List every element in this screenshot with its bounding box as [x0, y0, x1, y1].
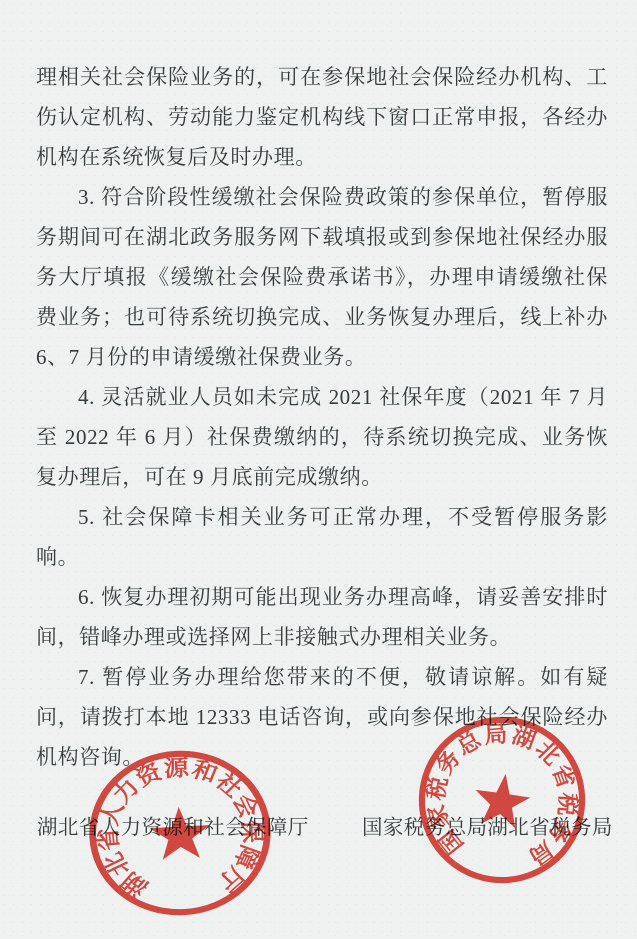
paragraph-item-5: 5. 社会保障卡相关业务可正常办理，不受暂停服务影响。 — [36, 497, 608, 577]
paragraph-item-3: 3. 符合阶段性缓缴社会保险费政策的参保单位，暂停服务期间可在湖北政务服务网下载… — [36, 177, 608, 377]
document-page: 理相关社会保险业务的，可在参保地社会保险经办机构、工伤认定机构、劳动能力鉴定机构… — [0, 0, 637, 939]
official-seal-right: 国家税务总局湖北省税务局 — [403, 701, 602, 900]
document-body: 理相关社会保险业务的，可在参保地社会保险经办机构、工伤认定机构、劳动能力鉴定机构… — [36, 57, 608, 777]
official-seal-left: 湖北省人力资源和社会保障厅 — [80, 741, 281, 925]
paragraph-item-6: 6. 恢复办理初期可能出现业务办理高峰，请妥善安排时间，错峰办理或选择网上非接触… — [36, 577, 608, 657]
star-icon — [149, 805, 212, 860]
paragraph-continuation: 理相关社会保险业务的，可在参保地社会保险经办机构、工伤认定机构、劳动能力鉴定机构… — [36, 57, 608, 177]
paragraph-item-4: 4. 灵活就业人员如未完成 2021 社保年度（2021 年 7 月至 2022… — [36, 377, 608, 497]
star-icon — [471, 770, 533, 830]
